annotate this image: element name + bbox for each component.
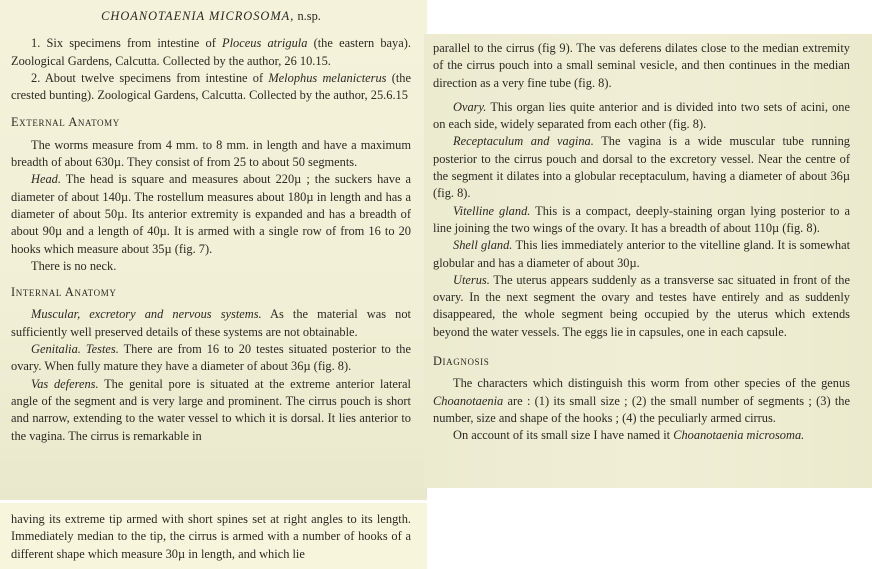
specimen-lead: 1. Six specimens from intestine of <box>31 36 222 50</box>
run-in-heading: Vas deferens. <box>31 377 99 391</box>
section-heading-diagnosis: Diagnosis <box>433 353 850 370</box>
page-fragment-bottom: having its extreme tip armed with short … <box>0 503 427 569</box>
paragraph-continuation: parallel to the cirrus (fig 9). The vas … <box>433 40 850 92</box>
paragraph-text: The head is square and measures about 22… <box>11 172 411 255</box>
paragraph-ovary: Ovary. This organ lies quite anterior an… <box>433 99 850 134</box>
paragraph-naming: On account of its small size I have name… <box>433 427 850 444</box>
run-in-heading: Uterus. <box>453 273 490 287</box>
paragraph: Vas deferens. The genital pore is situat… <box>11 376 411 445</box>
page-fragment-left: CHOANOTAENIA MICROSOMA, n.sp. 1. Six spe… <box>0 0 427 500</box>
paragraph-text: The uterus appears suddenly as a transve… <box>433 273 850 339</box>
run-in-heading: Genitalia. Testes. <box>31 342 119 356</box>
paragraph: Genitalia. Testes. There are from 16 to … <box>11 341 411 376</box>
run-in-heading: Muscular, excretory and nervous systems. <box>31 307 262 321</box>
paragraph: There is no neck. <box>11 258 411 275</box>
species-title: CHOANOTAENIA MICROSOMA, n.sp. <box>11 8 411 25</box>
page-fragment-right: parallel to the cirrus (fig 9). The vas … <box>424 34 872 488</box>
paragraph-receptaculum: Receptaculum and vagina. The vagina is a… <box>433 133 850 202</box>
paragraph-uterus: Uterus. The uterus appears suddenly as a… <box>433 272 850 341</box>
run-in-heading: Ovary. <box>453 100 486 114</box>
run-in-heading: Receptaculum and vagina. <box>453 134 594 148</box>
paragraph-diagnosis: The characters which distinguish this wo… <box>433 375 850 427</box>
spacer <box>433 92 850 99</box>
host-species: Melophus melanicterus <box>268 71 386 85</box>
host-species: Ploceus atrigula <box>222 36 307 50</box>
paragraph: Muscular, excretory and nervous systems.… <box>11 306 411 341</box>
genus-name: Choanotaenia <box>433 394 503 408</box>
paragraph-text: The characters which distinguish this wo… <box>453 376 850 390</box>
species-name: CHOANOTAENIA MICROSOMA, <box>101 9 294 23</box>
species-name: Choanotaenia microsoma. <box>673 428 804 442</box>
paragraph: Head. The head is square and measures ab… <box>11 171 411 257</box>
paragraph-text: There is no neck. <box>31 259 116 273</box>
new-species-mark: n.sp. <box>294 9 321 23</box>
run-in-heading: Head. <box>31 172 61 186</box>
paragraph-vitelline: Vitelline gland. This is a compact, deep… <box>433 203 850 238</box>
paragraph-text: The worms measure from 4 mm. to 8 mm. in… <box>11 138 411 169</box>
paragraph-text: On account of its small size I have name… <box>453 428 673 442</box>
specimen-record-1: 1. Six specimens from intestine of Ploce… <box>11 35 411 70</box>
paragraph-text: This organ lies quite anterior and is di… <box>433 100 850 131</box>
specimen-record-2: 2. About twelve specimens from intestine… <box>11 70 411 105</box>
run-in-heading: Vitelline gland. <box>453 204 530 218</box>
paragraph-continuation: having its extreme tip armed with short … <box>11 511 411 563</box>
paragraph: The worms measure from 4 mm. to 8 mm. in… <box>11 137 411 172</box>
run-in-heading: Shell gland. <box>453 238 512 252</box>
section-heading-internal-anatomy: Internal Anatomy <box>11 284 411 301</box>
section-heading-external-anatomy: External Anatomy <box>11 114 411 131</box>
paragraph-shell-gland: Shell gland. This lies immediately anter… <box>433 237 850 272</box>
specimen-lead: 2. About twelve specimens from intestine… <box>31 71 268 85</box>
